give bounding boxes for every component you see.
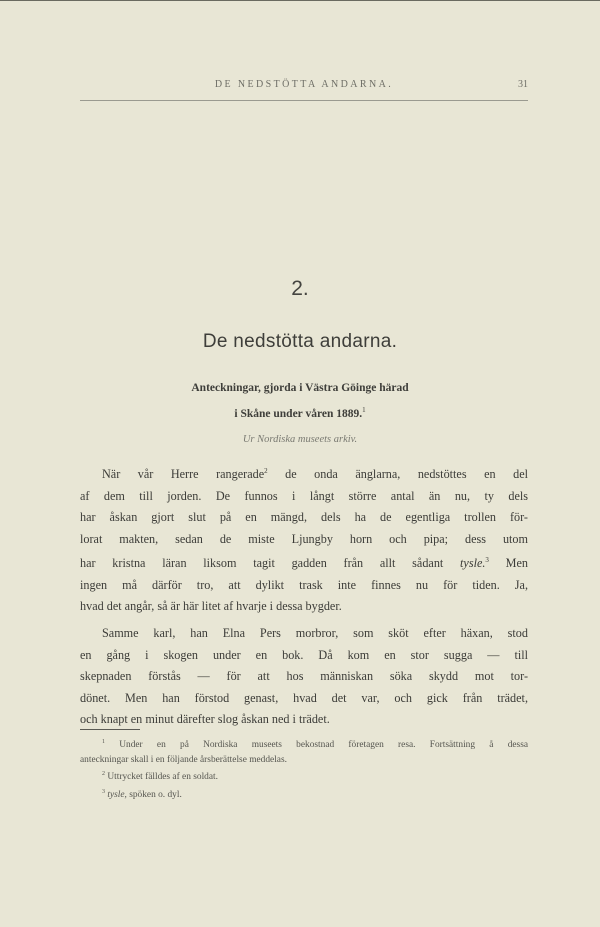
paragraph-line: af dem till jorden. De funnos i långt st…: [80, 486, 528, 508]
paragraph-line: ingen må därför tro, att dylikt trask in…: [80, 575, 528, 597]
subtitle-line-2: i Skåne under våren 1889.1: [0, 399, 600, 425]
source-note: Ur Nordiska museets arkiv.: [0, 434, 600, 445]
footnote-mark: 1: [102, 739, 105, 745]
paragraph-line: lorat makten, sedan de miste Ljungby hor…: [80, 529, 528, 551]
paragraph-line: har åskan gjort slut på en mängd, dels h…: [80, 507, 528, 529]
paragraph-line: har kristna läran liksom tagit gadden fr…: [80, 550, 528, 575]
footnote-1: 1 Under en på Nordiska museets bekostnad…: [80, 735, 528, 753]
line-text: har kristna läran liksom tagit gadden fr…: [80, 556, 460, 570]
running-head-title: DE NEDSTÖTTA ANDARNA.: [80, 79, 528, 90]
subtitle-line-2-text: i Skåne under våren 1889.: [234, 408, 362, 420]
page-number: 31: [518, 79, 528, 90]
chapter-number: 2.: [0, 277, 600, 301]
paragraph-line: hvad det angår, så är här litet af hvarj…: [80, 596, 528, 618]
italic-term: tysle,: [107, 790, 127, 800]
footnote-2: 2 Uttrycket fälldes af en soldat.: [80, 767, 528, 785]
paragraph-line: Samme karl, han Elna Pers morbror, som s…: [80, 623, 528, 645]
footnote-rule: [80, 729, 140, 730]
footnotes: 1 Under en på Nordiska museets bekostnad…: [80, 735, 528, 802]
paragraph-line: skepnaden förstås — för att hos människa…: [80, 666, 528, 688]
paragraph-1: När vår Herre rangerade2 de onda änglarn…: [80, 461, 528, 618]
paragraph-line: och knapt en minut därefter slog åskan n…: [80, 709, 528, 731]
paragraph-line: en gång i skogen under en bok. Då kom en…: [80, 645, 528, 667]
header-rule: [80, 100, 528, 101]
footnote-text: spöken o. dyl.: [127, 790, 182, 800]
paragraph-line: dönet. Men han förstod genast, hvad det …: [80, 688, 528, 710]
subtitle-line-1: Anteckningar, gjorda i Västra Göinge här…: [0, 377, 600, 399]
footnote-3: 3 tysle, spöken o. dyl.: [80, 785, 528, 803]
footnote-text: Uttrycket fälldes af en soldat.: [107, 772, 218, 782]
paragraph-2: Samme karl, han Elna Pers morbror, som s…: [80, 623, 528, 731]
footnote-mark: 1: [362, 406, 366, 414]
footnote-1-continued: anteckningar skall i en följande årsberä…: [80, 753, 528, 768]
italic-term: tysle.: [460, 556, 485, 570]
line-text: Men: [489, 556, 528, 570]
running-head: DE NEDSTÖTTA ANDARNA. 31: [80, 79, 528, 99]
paragraph-line: När vår Herre rangerade2 de onda änglarn…: [80, 461, 528, 486]
footnote-mark: 2: [102, 771, 105, 777]
line-text: de onda änglarna, nedstöttes en del: [268, 467, 528, 481]
chapter-title: De nedstötta andarna.: [0, 331, 600, 353]
footnote-mark: 3: [102, 789, 105, 795]
document-page: DE NEDSTÖTTA ANDARNA. 31 2. De nedstötta…: [0, 0, 600, 927]
footnote-text: Under en på Nordiska museets bekostnad f…: [119, 740, 528, 750]
chapter-subtitle: Anteckningar, gjorda i Västra Göinge här…: [0, 377, 600, 425]
line-text: När vår Herre rangerade: [102, 467, 264, 481]
